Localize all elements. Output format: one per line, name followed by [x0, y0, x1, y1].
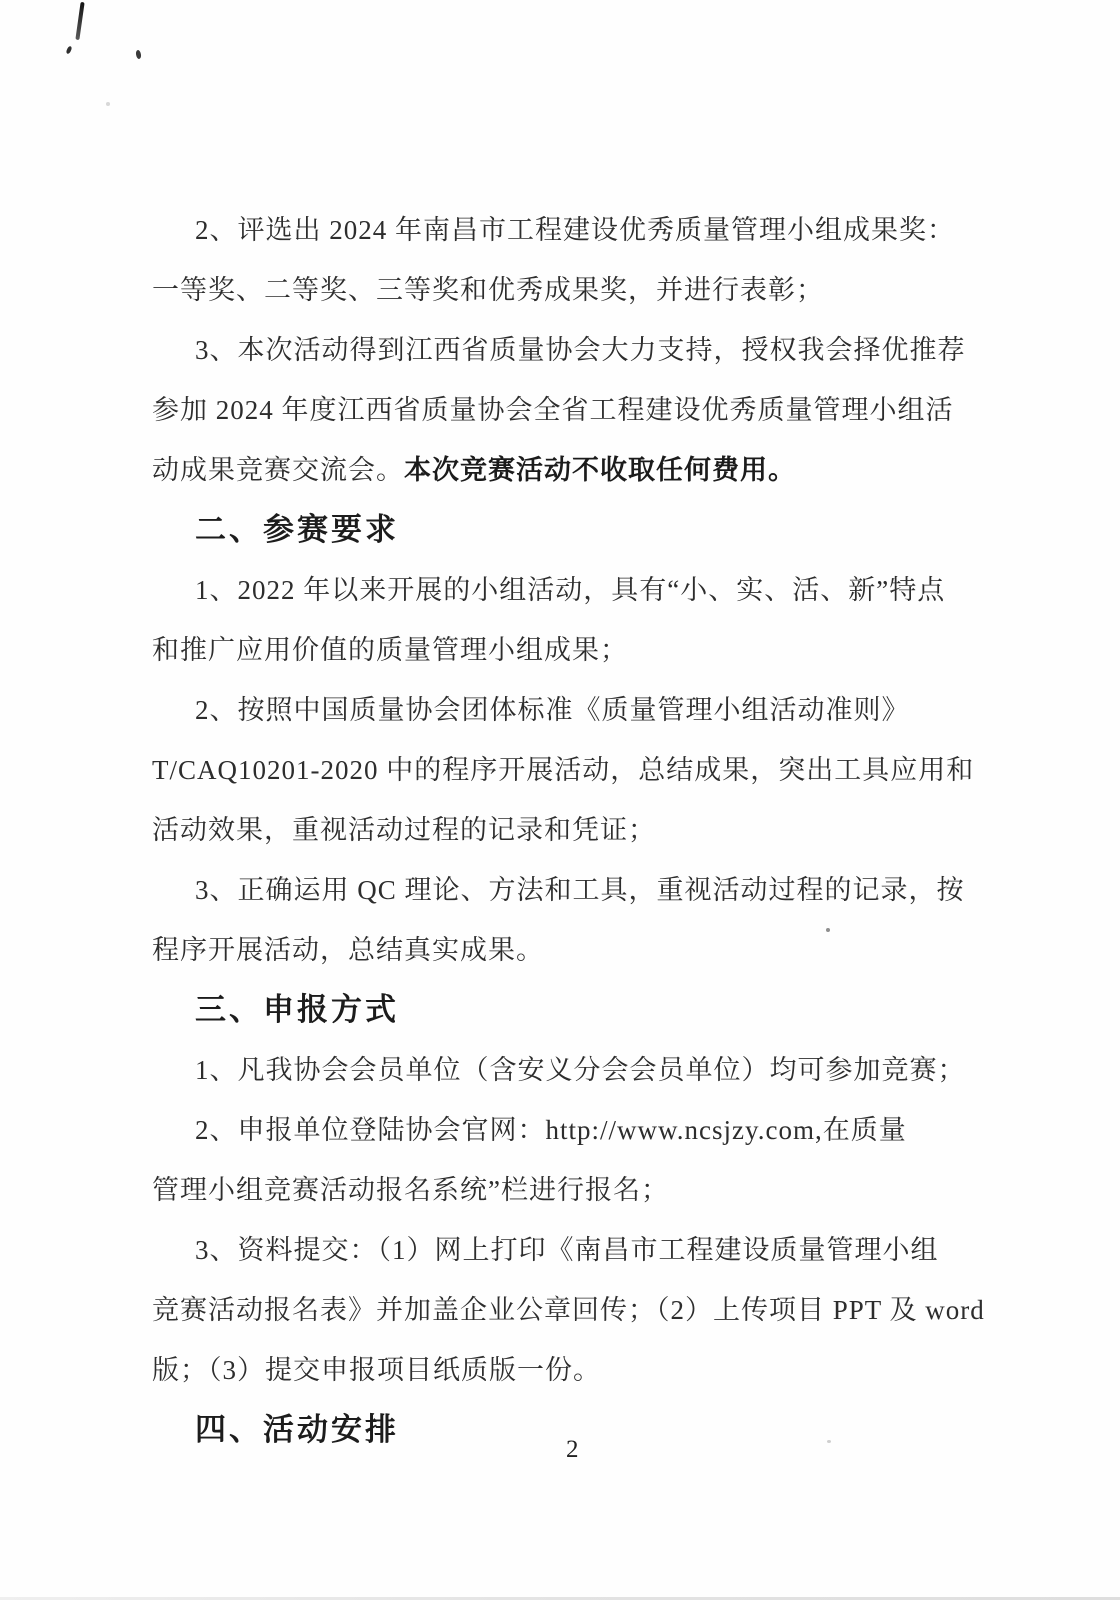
doc-line: 版；（3）提交申报项目纸质版一份。: [152, 1340, 1002, 1400]
document-body: 2、评选出 2024 年南昌市工程建设优秀质量管理小组成果奖： 一等奖、二等奖、…: [152, 200, 1002, 1460]
section-heading-2: 二、参赛要求: [152, 500, 1002, 560]
section-heading-3: 三、申报方式: [152, 980, 1002, 1040]
doc-line: 1、2022 年以来开展的小组活动，具有“小、实、活、新”特点: [152, 560, 1002, 620]
doc-line: 管理小组竞赛活动报名系统”栏进行报名；: [152, 1160, 1002, 1220]
scan-speck: [106, 102, 110, 106]
pen-mark-stroke: [75, 2, 84, 40]
doc-line: 活动效果，重视活动过程的记录和凭证；: [152, 800, 1002, 860]
doc-line: 动成果竞赛交流会。本次竞赛活动不收取任何费用。: [152, 440, 1002, 500]
doc-line: 2、评选出 2024 年南昌市工程建设优秀质量管理小组成果奖：: [152, 200, 1002, 260]
doc-line: 3、本次活动得到江西省质量协会大力支持，授权我会择优推荐: [152, 320, 1002, 380]
doc-line-bold-run: 本次竞赛活动不收取任何费用。: [404, 455, 796, 485]
doc-line: 2、按照中国质量协会团体标准《质量管理小组活动准则》: [152, 680, 1002, 740]
doc-line: 和推广应用价值的质量管理小组成果；: [152, 620, 1002, 680]
doc-line: 1、凡我协会会员单位（含安义分会会员单位）均可参加竞赛；: [152, 1040, 1002, 1100]
page-number: 2: [566, 1432, 579, 1468]
doc-line: 一等奖、二等奖、三等奖和优秀成果奖，并进行表彰；: [152, 260, 1002, 320]
doc-line: 程序开展活动，总结真实成果。: [152, 920, 1002, 980]
doc-line: 竞赛活动报名表》并加盖企业公章回传；（2）上传项目 PPT 及 word: [152, 1280, 1002, 1340]
doc-line: 3、正确运用 QC 理论、方法和工具，重视活动过程的记录，按: [152, 860, 1002, 920]
ink-speck: [65, 46, 72, 55]
doc-line-normal-run: 动成果竞赛交流会。: [152, 455, 404, 485]
scanned-document-page: 2、评选出 2024 年南昌市工程建设优秀质量管理小组成果奖： 一等奖、二等奖、…: [0, 0, 1120, 1600]
ink-speck: [135, 49, 143, 59]
doc-line: 3、资料提交：（1）网上打印《南昌市工程建设质量管理小组: [152, 1220, 1002, 1280]
doc-line: 2、申报单位登陆协会官网：http://www.ncsjzy.com,在质量: [152, 1100, 1002, 1160]
doc-line: T/CAQ10201-2020 中的程序开展活动，总结成果，突出工具应用和: [152, 740, 1002, 800]
doc-line: 参加 2024 年度江西省质量协会全省工程建设优秀质量管理小组活: [152, 380, 1002, 440]
